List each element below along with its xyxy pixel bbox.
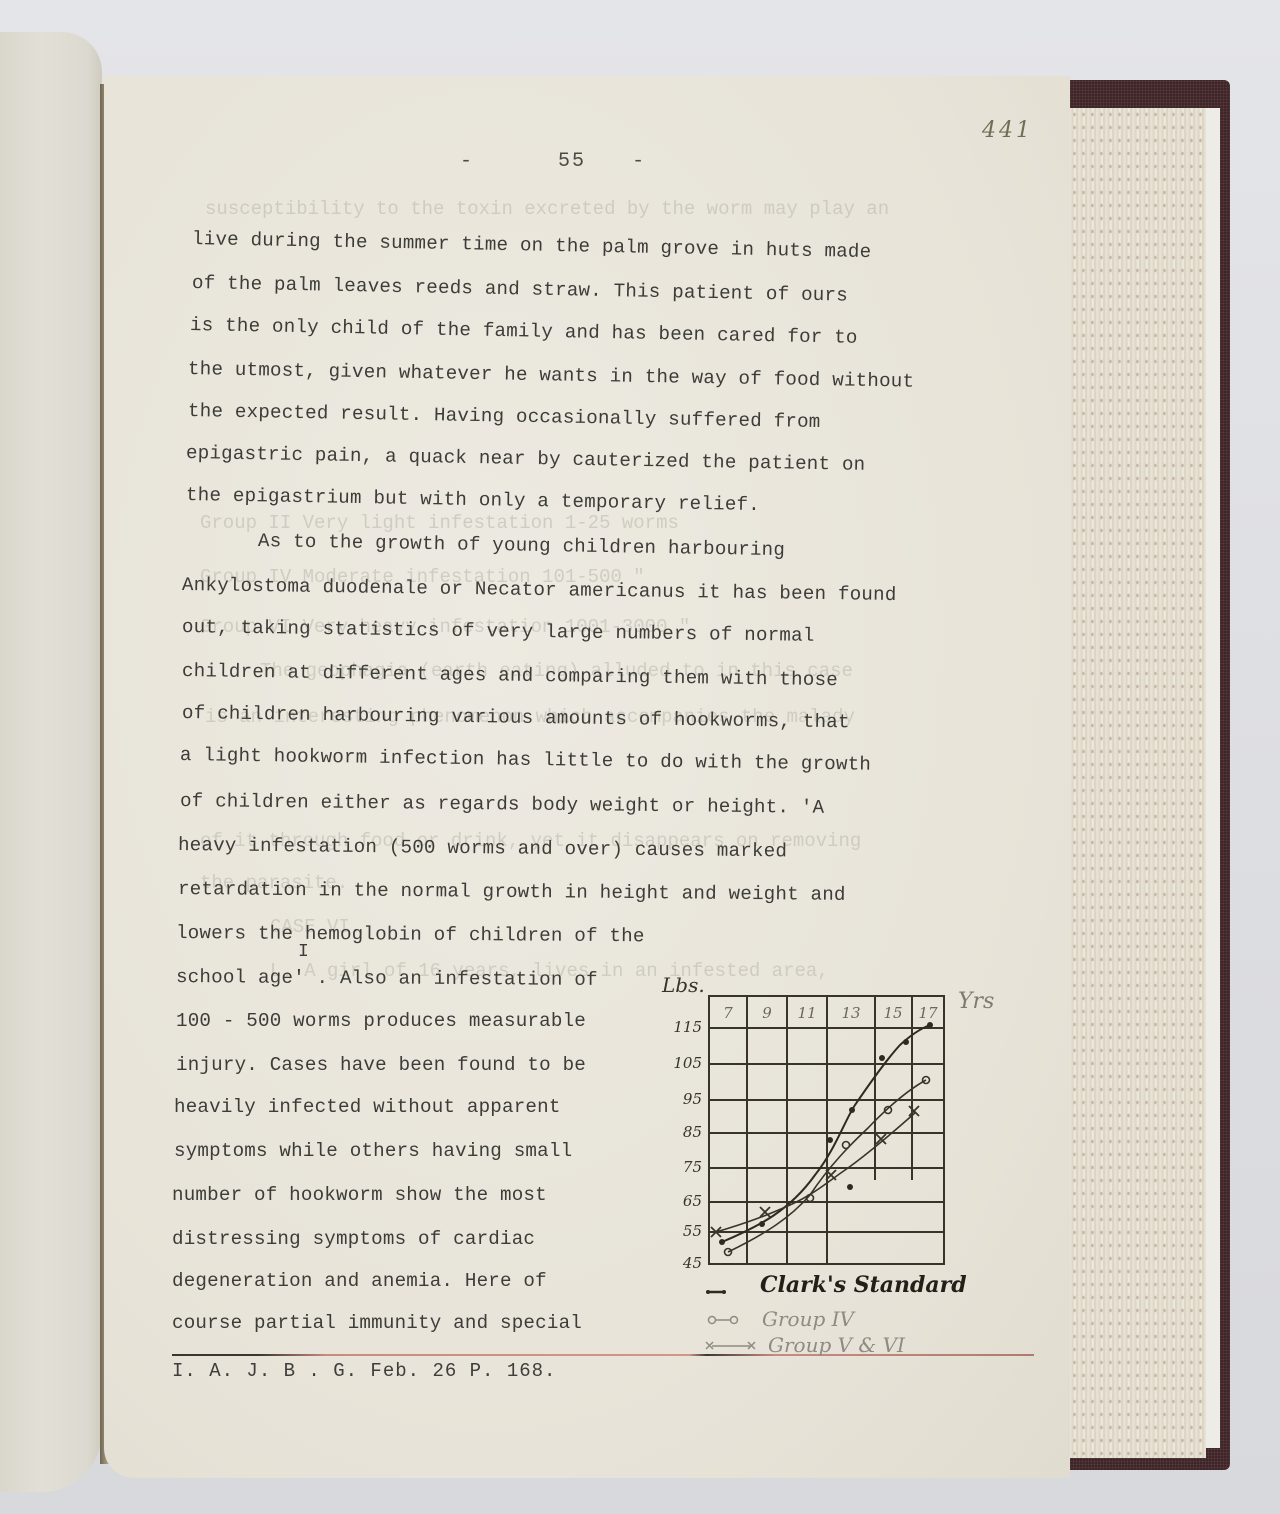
y-tick: 95 <box>683 1090 702 1108</box>
chart-legend: Clark's Standard Group IV Group V & VI <box>706 1272 967 1357</box>
page-number: - 55 - <box>460 150 646 173</box>
legend-group-iv-label: Group IV <box>762 1307 857 1331</box>
folio-number-handwritten: 441 <box>982 118 1033 143</box>
body-line: degeneration and anemia. Here of <box>172 1270 547 1292</box>
y-tick: 55 <box>683 1222 702 1240</box>
growth-chart: Lbs. Yrs 7 9 11 13 15 17 115 <box>650 970 1030 1370</box>
endpaper <box>1206 108 1220 1448</box>
body-line: school age' . Also an infestation of <box>176 966 598 991</box>
footnote: I. A. J. B . G. Feb. 26 P. 168. <box>172 1360 556 1382</box>
y-axis-label: Lbs. <box>661 973 705 997</box>
legend-group-v-vi-symbol <box>706 1342 755 1349</box>
body-line: number of hookworm show the most <box>172 1184 547 1206</box>
legend-clarks-label: Clark's Standard <box>760 1272 967 1298</box>
legend-group-v-vi-label: Group V & VI <box>768 1333 906 1357</box>
x-tick: 15 <box>883 1004 902 1022</box>
legend-group-iv-symbol <box>709 1317 738 1324</box>
body-line: lowers the hemoglobin of children of the <box>176 922 645 947</box>
chart-svg: Lbs. Yrs 7 9 11 13 15 17 115 <box>650 970 1030 1370</box>
page-number-dash: - <box>460 150 474 173</box>
x-axis-label: Yrs <box>958 989 994 1014</box>
footnote-marker: I <box>298 942 309 962</box>
y-tick: 45 <box>682 1254 702 1272</box>
x-tick: 13 <box>841 1004 860 1022</box>
showthrough-line: susceptibility to the toxin excreted by … <box>205 198 889 220</box>
x-tick: 9 <box>762 1004 772 1022</box>
body-line: heavily infected without apparent <box>174 1096 561 1118</box>
page-number-value: 55 <box>558 150 586 173</box>
group-v-vi-points <box>711 1106 919 1237</box>
y-tick: 65 <box>683 1192 702 1210</box>
page-edges <box>1070 108 1206 1458</box>
y-tick: 75 <box>683 1158 702 1176</box>
y-tick: 85 <box>683 1123 702 1141</box>
y-tick-labels: 115 105 95 85 75 65 55 45 <box>673 1018 702 1272</box>
body-line: 100 - 500 worms produces measurable <box>176 1010 586 1032</box>
x-tick-labels: 7 9 11 13 15 17 <box>723 1004 938 1022</box>
page-number-dash: - <box>632 150 646 173</box>
body-line: distressing symptoms of cardiac <box>172 1228 535 1250</box>
left-page <box>0 32 102 1492</box>
x-tick: 7 <box>723 1004 733 1022</box>
body-line: symptoms while others having small <box>174 1140 572 1162</box>
x-tick: 17 <box>918 1004 938 1022</box>
body-line: injury. Cases have been found to be <box>176 1054 586 1076</box>
x-tick: 11 <box>797 1004 816 1022</box>
y-tick: 115 <box>673 1018 702 1036</box>
body-line: course partial immunity and special <box>172 1312 582 1334</box>
y-tick: 105 <box>673 1054 702 1072</box>
